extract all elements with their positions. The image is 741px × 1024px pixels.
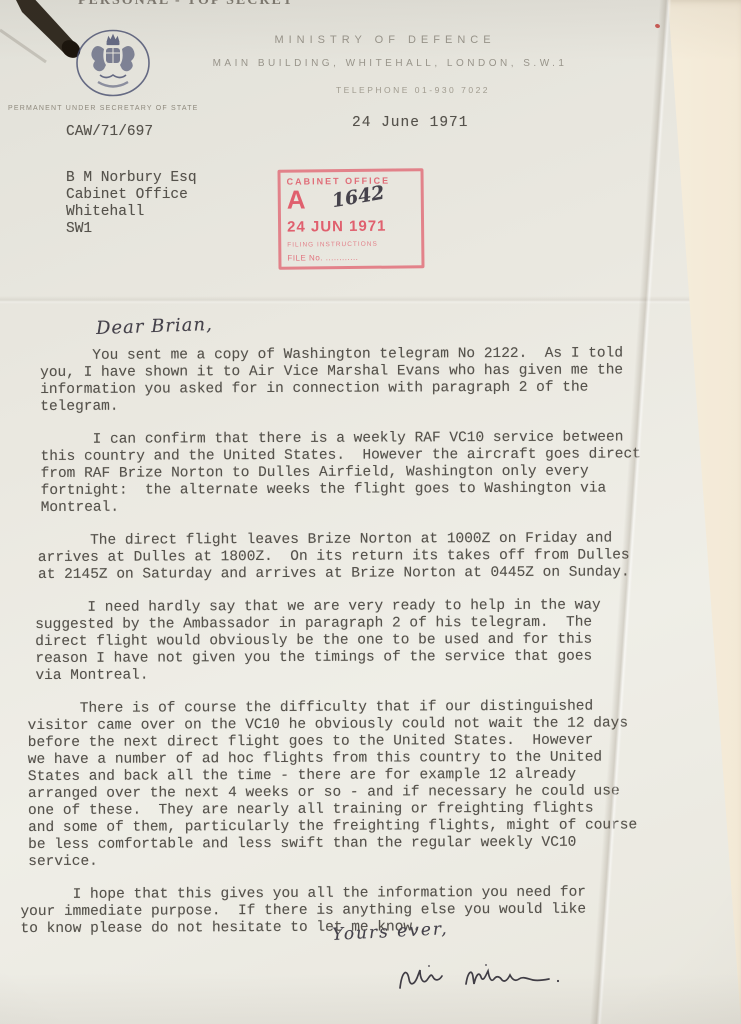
signature-handwriting <box>392 958 567 1007</box>
ministry-telephone: TELEPHONE 01-930 7022 <box>200 85 626 95</box>
photo-frame: PERSONAL - TOP SECRET <box>0 0 741 1024</box>
letter-body: You sent me a copy of Washington telegra… <box>40 345 733 938</box>
stamp-handwritten-number: 1642 <box>330 182 386 213</box>
stamp-file-number: FILE No. ............ <box>287 252 415 262</box>
classification-marking: PERSONAL - TOP SECRET <box>78 0 294 9</box>
ministry-address: MAIN BUILDING, WHITEHALL, LONDON, S.W.1 <box>180 58 600 69</box>
reference-number: CAW/71/697 <box>66 124 153 140</box>
stamp-date: 24 JUN 1971 <box>287 217 415 235</box>
greeting-handwritten: Dear Brian, <box>96 314 213 339</box>
paragraph-4: I need hardly say that we are very ready… <box>35 597 731 685</box>
paper-crease <box>0 296 700 304</box>
paragraph-2: I can confirm that there is a weekly RAF… <box>40 429 730 517</box>
addressee-block: B M Norbury Esq Cabinet Office Whitehall… <box>66 170 197 238</box>
letter-page: PERSONAL - TOP SECRET <box>0 0 741 1024</box>
cabinet-office-stamp: CABINET OFFICE A 1642 24 JUN 1971 FILING… <box>277 168 424 270</box>
royal-crest <box>74 27 152 106</box>
paragraph-1: You sent me a copy of Washington telegra… <box>40 345 730 416</box>
paragraph-5: There is of course the difficulty that i… <box>28 698 733 871</box>
paragraph-3: The direct flight leaves Brize Norton at… <box>38 530 731 584</box>
letter-date: 24 June 1971 <box>352 115 468 131</box>
department-title: PERMANENT UNDER SECRETARY OF STATE <box>8 105 199 112</box>
ministry-name: MINISTRY OF DEFENCE <box>180 34 590 46</box>
stamp-filing-instructions: FILING INSTRUCTIONS <box>287 240 415 248</box>
stamp-letter-a: A <box>287 186 306 212</box>
stamp-office-label: CABINET OFFICE <box>287 175 415 186</box>
